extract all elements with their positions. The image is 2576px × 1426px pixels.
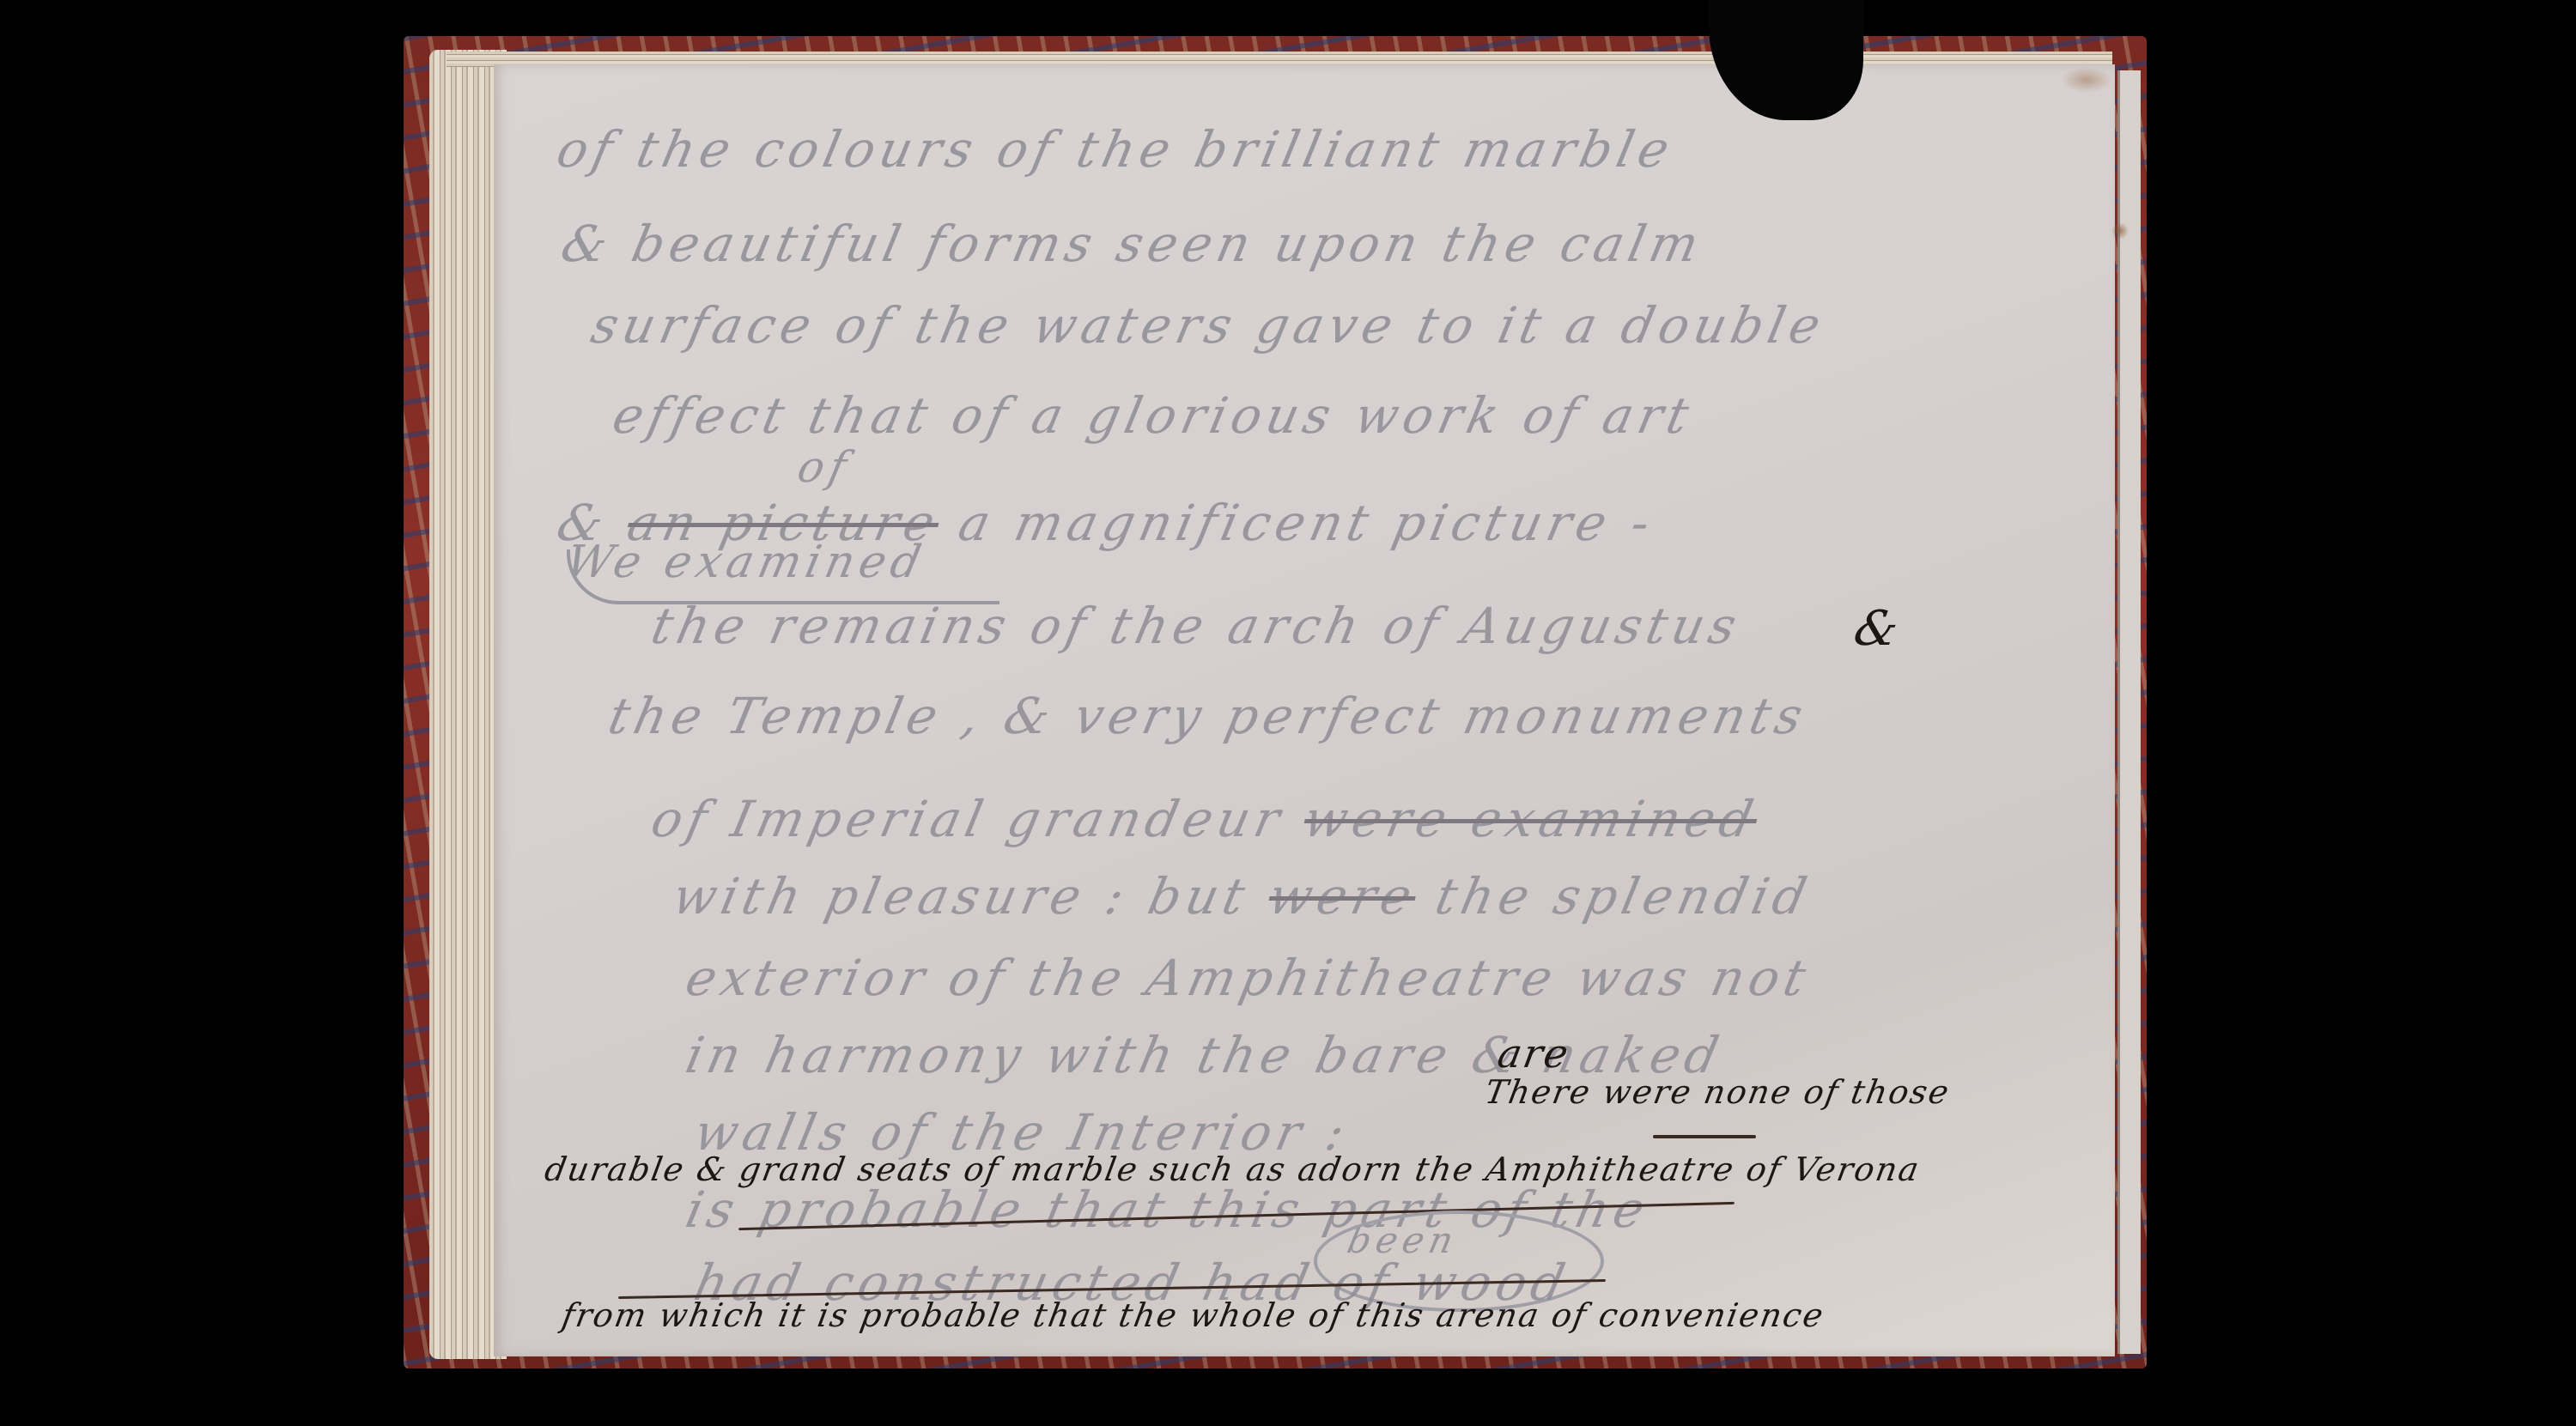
facing-page-edge bbox=[2117, 70, 2141, 1354]
struck-text: were examined bbox=[1299, 790, 1764, 848]
pencil-line-3: surface of the waters gave to it a doubl… bbox=[586, 296, 1831, 355]
ink-word-are: are bbox=[1494, 1030, 1573, 1077]
line-5-rest: a magnificent picture - bbox=[933, 494, 1660, 552]
page-stain bbox=[2061, 67, 2112, 93]
pencil-insert-of: of bbox=[793, 442, 856, 492]
struck-text: were bbox=[1263, 867, 1421, 925]
pencil-line-10: exterior of the Amphitheatre was not bbox=[681, 949, 1816, 1007]
page-stain bbox=[2111, 223, 2129, 239]
pencil-line-9: with pleasure : but were the splendid bbox=[668, 867, 1817, 925]
pencil-line-4: effect that of a glorious work of art bbox=[608, 386, 1699, 445]
ink-line-from-which: from which it is probable that the whole… bbox=[559, 1296, 1827, 1334]
pencil-line-2: & beautiful forms seen upon the calm bbox=[556, 215, 1709, 273]
pencil-line-7: the Temple , & very perfect monuments bbox=[604, 687, 1813, 745]
ink-line-there-were: There were none of those bbox=[1482, 1073, 1953, 1111]
pencil-line-8: of Imperial grandeur were examined bbox=[647, 790, 1764, 848]
pencil-line-6: the remains of the arch of Augustus bbox=[647, 597, 1747, 655]
ink-underline bbox=[1653, 1135, 1756, 1138]
pencil-line-1: of the colours of the brilliant marble bbox=[552, 120, 1680, 179]
